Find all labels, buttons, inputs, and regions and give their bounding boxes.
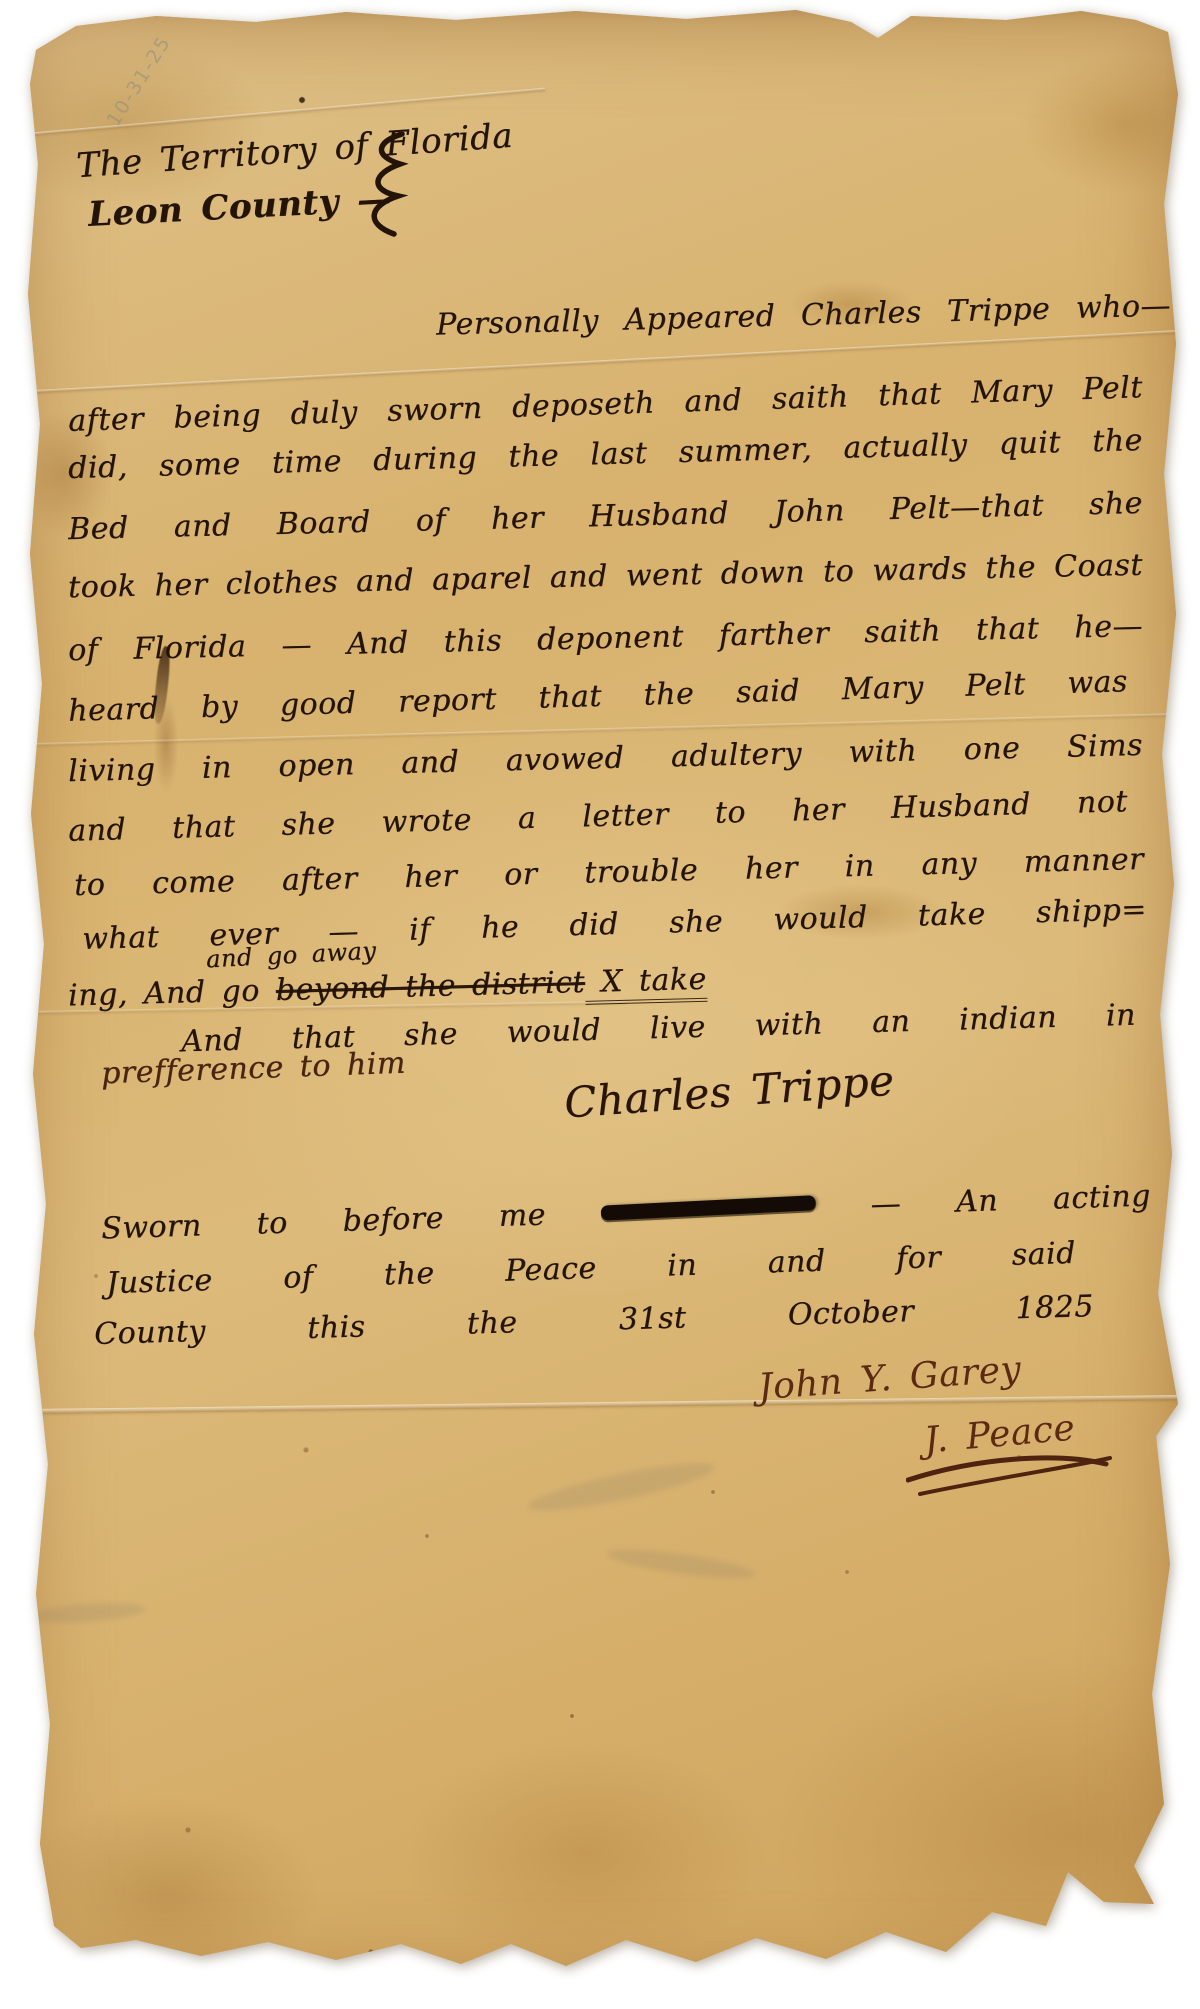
- struck-line-suffix: X take: [584, 962, 707, 1005]
- redaction-blackout: [600, 1195, 815, 1220]
- heading-county: Leon County —: [87, 178, 393, 236]
- deposition-line: living in open and avowed adultery with …: [68, 727, 1144, 791]
- pencil-annotation: 10-31-25: [103, 32, 176, 130]
- deposition-line: Bed and Board of her Husband John Pelt—t…: [68, 485, 1144, 549]
- signature-flourish: [906, 1452, 1116, 1500]
- scanner-background: 10-31-25 The Territory of Florida Leon C…: [0, 0, 1200, 2009]
- deponent-signature: Charles Trippe: [563, 1055, 897, 1130]
- struck-line-prefix: ing, And go: [68, 973, 277, 1013]
- deposition-line-faded: prefference to him: [100, 1045, 406, 1093]
- brace-squiggle-icon: [358, 132, 410, 244]
- verso-showthrough: [525, 1455, 716, 1520]
- attestation-prefix: Sworn to before me: [101, 1196, 602, 1247]
- manuscript-page-wrap: 10-31-25 The Territory of Florida Leon C…: [0, 0, 1200, 2009]
- attestation-suffix: — An acting: [815, 1179, 1151, 1225]
- struck-words: beyond the district: [275, 965, 585, 1008]
- manuscript-page: 10-31-25 The Territory of Florida Leon C…: [6, 4, 1190, 2004]
- deposition-line: took her clothes and aparel and went dow…: [68, 547, 1144, 607]
- deposition-line: and that she wrote a letter to her Husba…: [68, 783, 1129, 850]
- deposition-line: of Florida — And this deponent farther s…: [68, 608, 1144, 670]
- verso-showthrough: [605, 1544, 756, 1585]
- verso-showthrough: [26, 1600, 147, 1626]
